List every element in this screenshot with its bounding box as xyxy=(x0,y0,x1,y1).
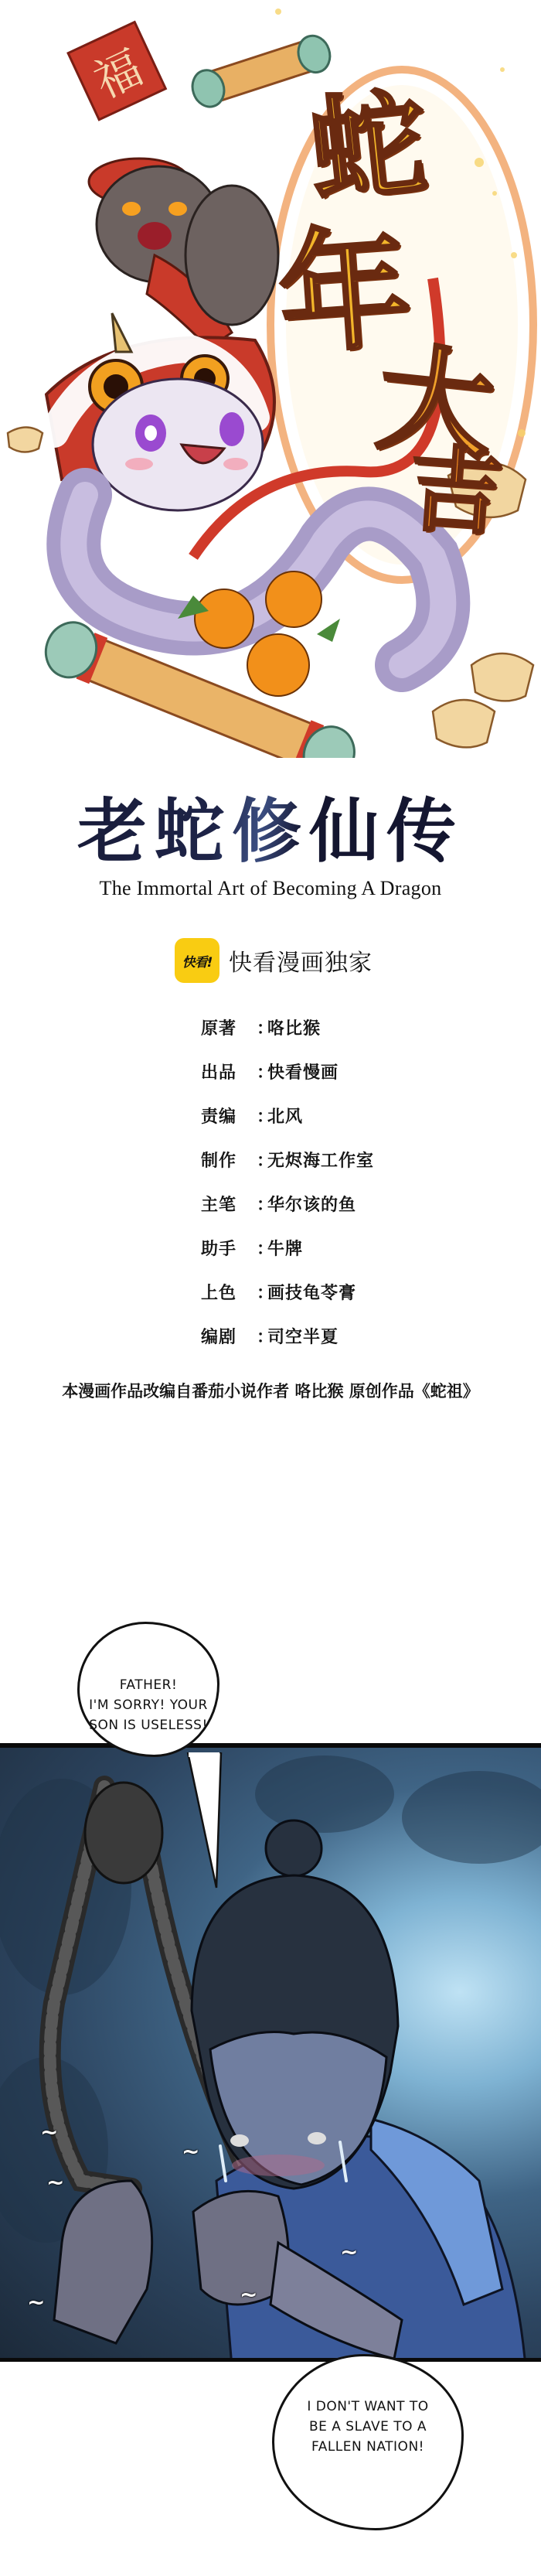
tremble-sfx: ~ xyxy=(46,2169,64,2195)
tremble-sfx: ~ xyxy=(240,2281,257,2307)
tremble-sfx: ~ xyxy=(27,2289,45,2315)
cover-illustration: 福 xyxy=(0,0,541,758)
credit-role: 制作 xyxy=(201,1148,257,1172)
credit-sep: ： xyxy=(257,1015,267,1039)
bubble-line: FALLEN NATION! xyxy=(307,2437,428,2457)
credit-role: 主笔 xyxy=(201,1192,257,1216)
speech-bubble-tail xyxy=(184,1752,230,1892)
comic-title-chinese: 老蛇修仙传 xyxy=(0,789,541,874)
credit-name: 快看慢画 xyxy=(267,1059,339,1083)
speech-bubble-2: I DON'T WANT TO BE A SLAVE TO A FALLEN N… xyxy=(272,2354,464,2530)
title-block: 老蛇修仙传 The Immortal Art of Becoming A Dra… xyxy=(0,789,541,900)
credit-name: 牛牌 xyxy=(267,1236,303,1260)
credits-list: 原著：咯比猴 出品：快看慢画 责编：北风 制作：无烬海工作室 主笔：华尔该的鱼 … xyxy=(201,1005,374,1358)
tremble-sfx: ~ xyxy=(340,2239,358,2264)
kuaikan-logo-icon: 快看! xyxy=(175,938,219,983)
credit-sep: ： xyxy=(257,1059,267,1083)
credit-sep: ： xyxy=(257,1192,267,1216)
bubble-line: I DON'T WANT TO xyxy=(307,2397,428,2417)
credit-role: 编剧 xyxy=(201,1324,257,1348)
credit-role: 出品 xyxy=(201,1059,257,1083)
comic-panel-noose: ~ ~ ~ ~ ~ ~ xyxy=(0,1743,541,2362)
credit-sep: ： xyxy=(257,1236,267,1260)
credit-sep: ： xyxy=(257,1104,267,1128)
exclusive-label: 快看漫画独家 xyxy=(229,943,373,978)
credit-row-screenwriter: 编剧：司空半夏 xyxy=(201,1314,374,1358)
credit-sep: ： xyxy=(257,1280,267,1304)
credit-name: 无烬海工作室 xyxy=(267,1148,374,1172)
credit-name: 咯比猴 xyxy=(267,1015,321,1039)
calligraphy-char: 吉 xyxy=(405,415,507,554)
exclusive-badge: 快看! 快看漫画独家 xyxy=(175,937,373,984)
cover-calligraphy: 蛇 年 大 吉 xyxy=(286,54,518,503)
credit-row-production: 制作：无烬海工作室 xyxy=(201,1138,374,1182)
credit-row-colorist: 上色：画技龟苓膏 xyxy=(201,1270,374,1314)
tremble-sfx: ~ xyxy=(40,2119,58,2144)
credit-role: 原著 xyxy=(201,1015,257,1039)
tremble-sfx: ~ xyxy=(182,2138,199,2164)
bubble-line: SON IS USELESS! xyxy=(89,1715,208,1735)
credit-role: 上色 xyxy=(201,1280,257,1304)
credit-row-editor: 责编：北风 xyxy=(201,1094,374,1138)
credit-name: 北风 xyxy=(267,1104,303,1128)
bubble-line: FATHER! xyxy=(89,1675,208,1695)
bubble-line: BE A SLAVE TO A xyxy=(307,2417,428,2437)
bubble-line: I'M SORRY! YOUR xyxy=(89,1695,208,1715)
adaptation-note: 本漫画作品改编自番茄小说作者 咯比猴 原创作品《蛇祖》 xyxy=(0,1379,541,1402)
comic-title-english: The Immortal Art of Becoming A Dragon xyxy=(0,877,541,900)
credit-sep: ： xyxy=(257,1324,267,1348)
credit-row-lead-artist: 主笔：华尔该的鱼 xyxy=(201,1182,374,1226)
credit-row-original: 原著：咯比猴 xyxy=(201,1005,374,1049)
credit-name: 司空半夏 xyxy=(267,1324,339,1348)
credit-role: 助手 xyxy=(201,1236,257,1260)
credit-name: 画技龟苓膏 xyxy=(267,1280,356,1304)
credit-row-assistant: 助手：牛牌 xyxy=(201,1226,374,1270)
panel-art-svg xyxy=(0,1748,541,2362)
credit-role: 责编 xyxy=(201,1104,257,1128)
credit-row-publisher: 出品：快看慢画 xyxy=(201,1049,374,1094)
credit-sep: ： xyxy=(257,1148,267,1172)
speech-bubble-1: FATHER! I'M SORRY! YOUR SON IS USELESS! xyxy=(77,1622,219,1757)
credit-name: 华尔该的鱼 xyxy=(267,1192,356,1216)
